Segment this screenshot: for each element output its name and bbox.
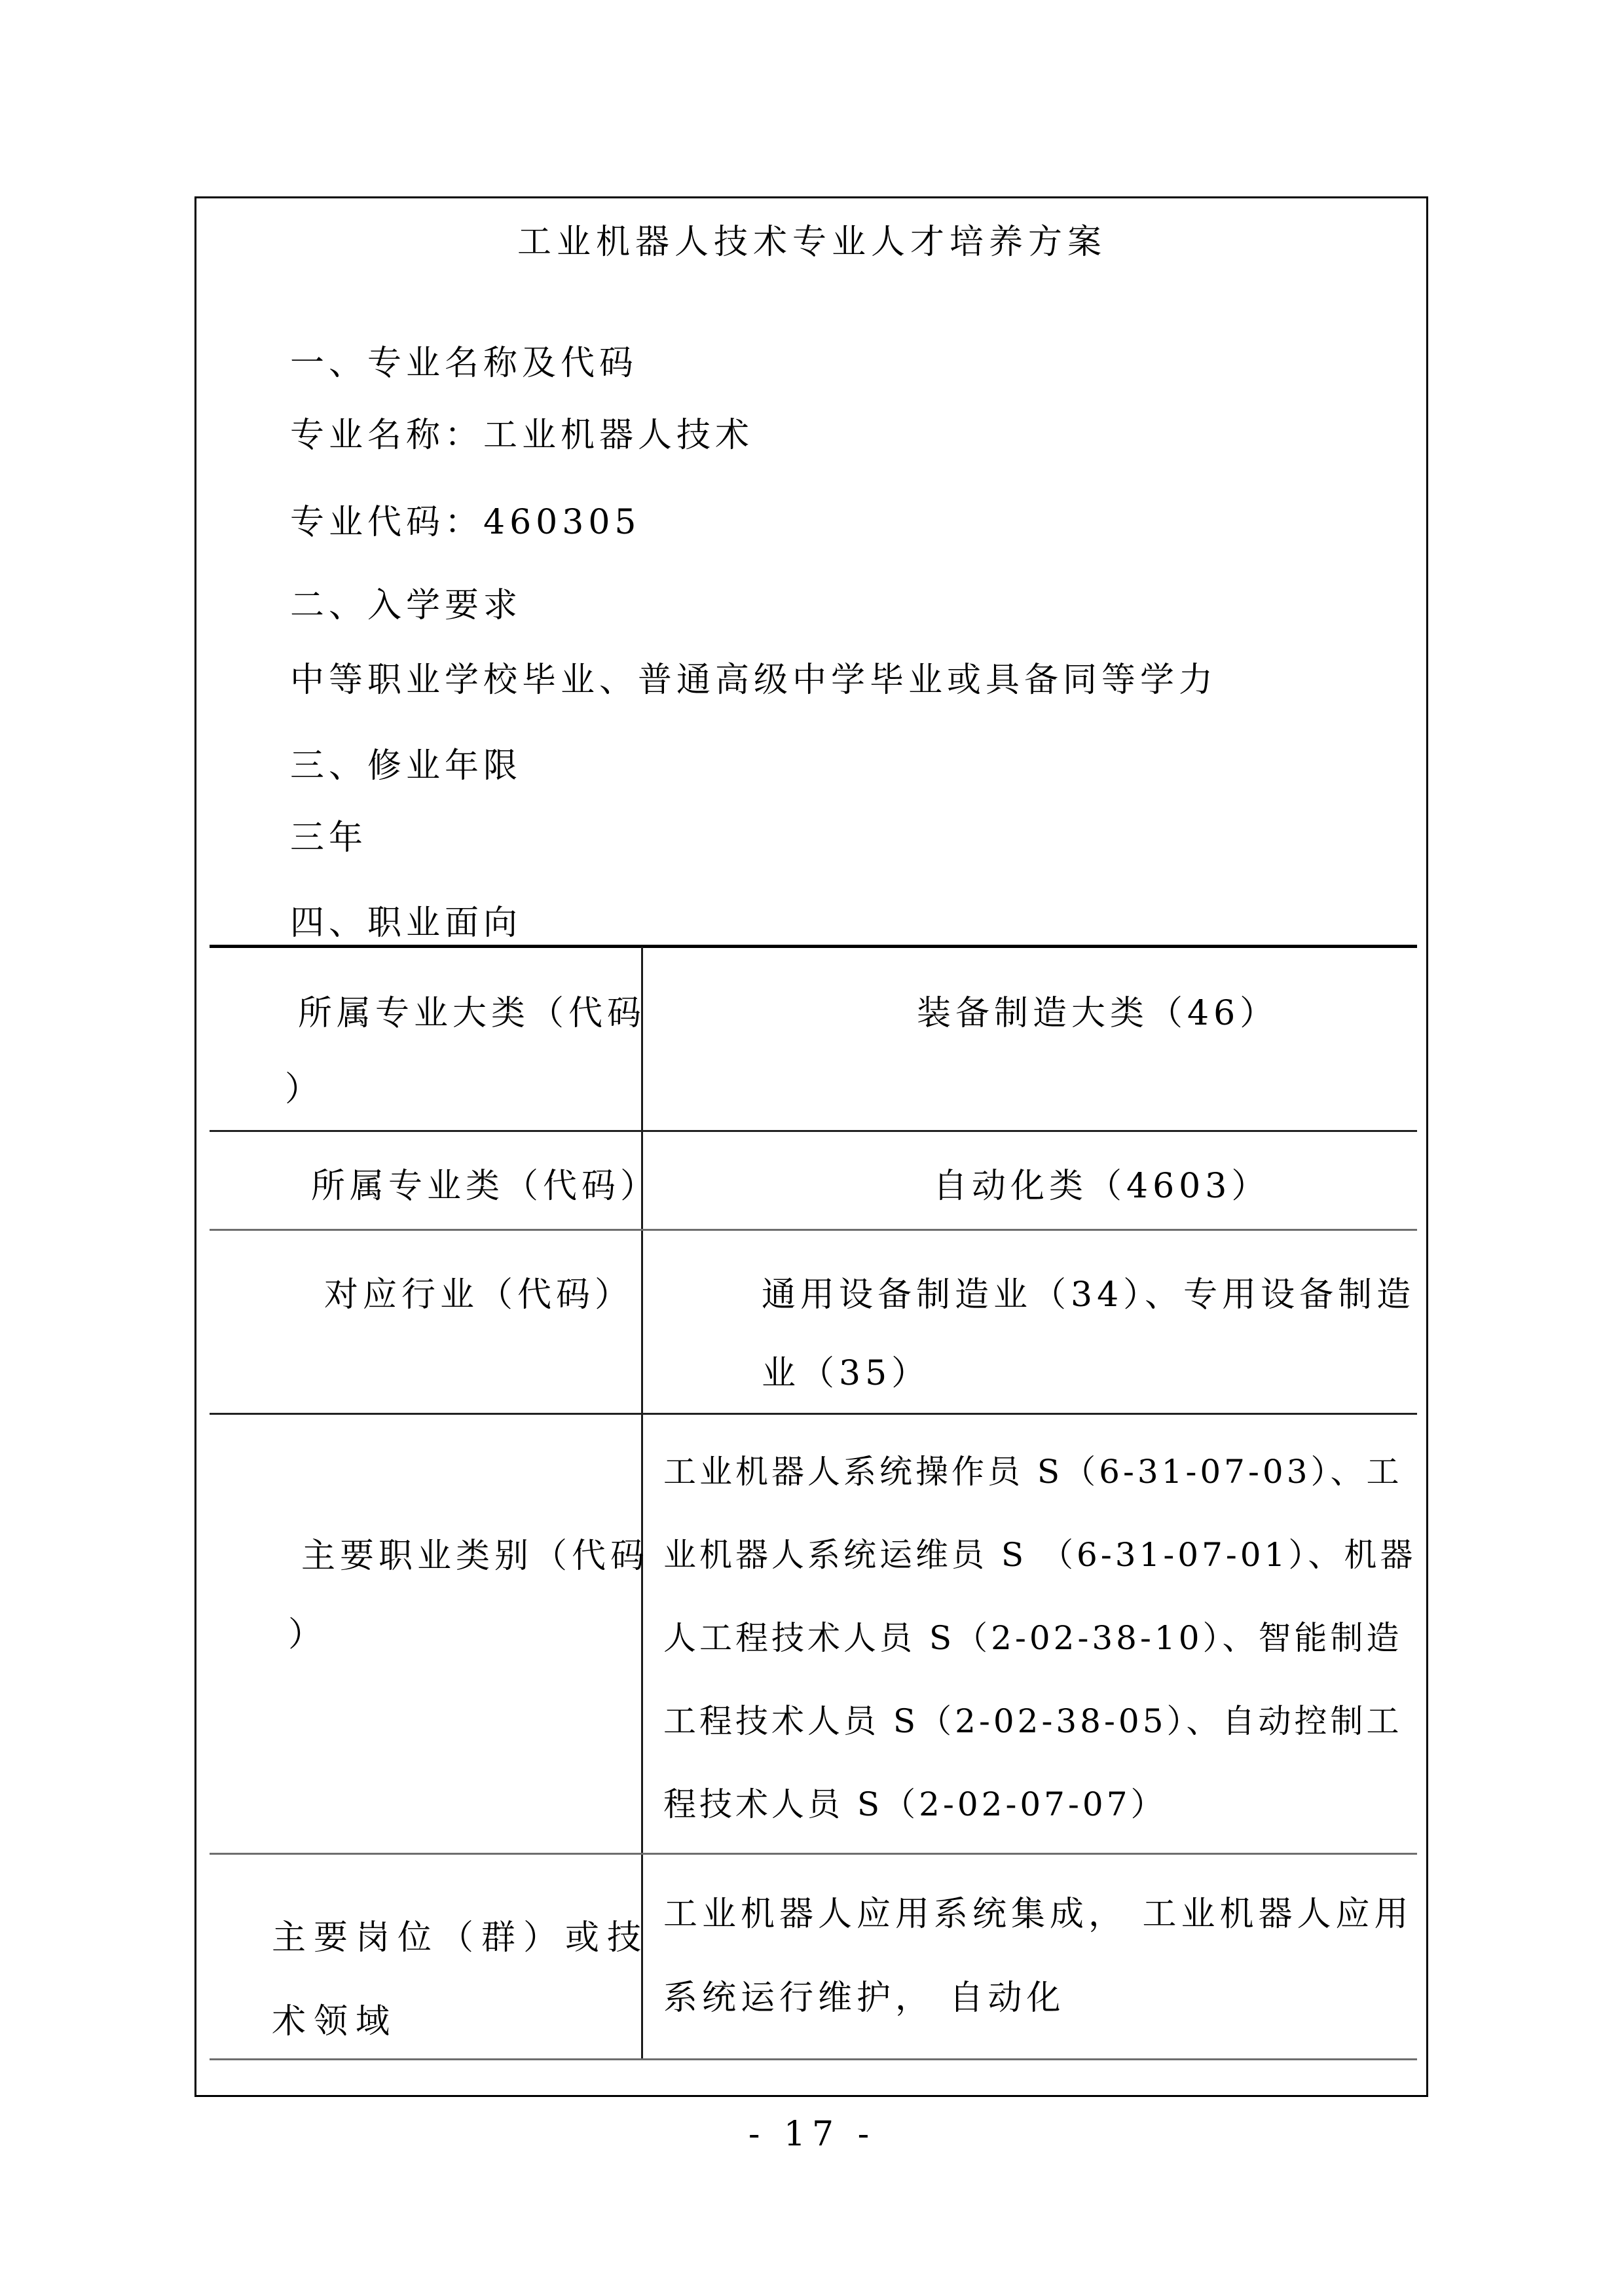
table-row-divider: [210, 1413, 1417, 1415]
table-top-rule: [210, 945, 1417, 948]
table-row-divider: [210, 1130, 1417, 1132]
section-4-heading: 四、职业面向: [290, 900, 522, 946]
row-value: 工业机器人系统操作员 S（6-31-07-03）、工 业机器人系统运维员 S （…: [645, 1430, 1436, 1846]
document-title: 工业机器人技术专业人才培养方案: [0, 216, 1624, 268]
section-3-heading: 三、修业年限: [290, 743, 522, 789]
admission-requirement: 中等职业学校毕业、普通高级中学毕业或具备同等学力: [290, 657, 1217, 703]
table-row-divider: [210, 1853, 1417, 1855]
row-value: 通用设备制造业（34）、专用设备制造 业（35）: [645, 1256, 1534, 1413]
section-2-heading: 二、入学要求: [290, 583, 522, 629]
row-value: 自动化类（4603）: [645, 1160, 1624, 1212]
major-name: 专业名称：工业机器人技术: [290, 412, 754, 458]
study-duration: 三年: [290, 815, 367, 861]
row-label: 主要岗位（群）或技 术领域: [210, 1896, 704, 2064]
major-code: 专业代码：460305: [290, 500, 641, 545]
page-number: - 17 -: [0, 2111, 1624, 2157]
row-value: 工业机器人应用系统集成， 工业机器人应用 系统运行维护， 自动化: [645, 1872, 1436, 2040]
section-1-heading: 一、专业名称及代码: [290, 340, 638, 386]
table-row-divider: [210, 1229, 1417, 1231]
row-value: 装备制造大类（46）: [645, 975, 1624, 1051]
